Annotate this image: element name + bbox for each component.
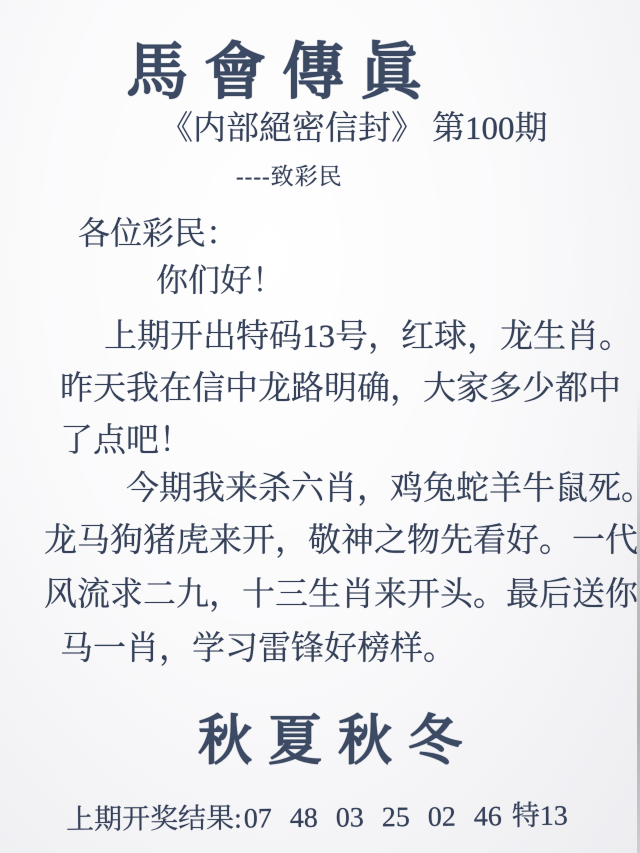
dedication-line: ----致彩民 [236, 158, 343, 191]
fax-title: 馬會傳眞 [126, 22, 438, 111]
salutation-line: 各位彩民： [78, 208, 238, 254]
results-label: 上期开奖结果: [66, 803, 242, 836]
body-line: 上期开出特码13号，红球，龙生肖。 [104, 310, 632, 357]
body-line: 马一肖，学习雷锋好榜样。 [60, 622, 456, 669]
body-line: 了点吧！ [60, 414, 192, 461]
results-special-number: 特13 [512, 801, 568, 832]
issue-line: 《内部絕密信封》第100期 [160, 102, 548, 149]
issue-bracket-text: 《内部絕密信封》 [160, 111, 424, 147]
results-numbers: 07 48 03 25 02 46 [244, 801, 502, 834]
issue-number: 第100期 [432, 111, 548, 147]
greeting-line: 你们好！ [156, 255, 284, 301]
previous-draw-results-line: 上期开奖结果:07 48 03 25 02 46特13 [66, 794, 568, 838]
body-line: 今期我来杀六肖，鸡兔蛇羊牛鼠死。 [126, 462, 640, 509]
body-line: 风流求二九，十三生肖来开头。最后送你 [44, 568, 638, 615]
body-line: 昨天我在信中龙路明确，大家多少都中 [60, 362, 621, 409]
zodiac-highlight-text: 秋夏秋冬 [198, 698, 478, 775]
fax-letter-page: 馬會傳眞 《内部絕密信封》第100期 ----致彩民 各位彩民： 你们好！ 上期… [0, 0, 640, 853]
body-line: 龙马狗猪虎来开，敬神之物先看好。一代 [44, 514, 638, 561]
